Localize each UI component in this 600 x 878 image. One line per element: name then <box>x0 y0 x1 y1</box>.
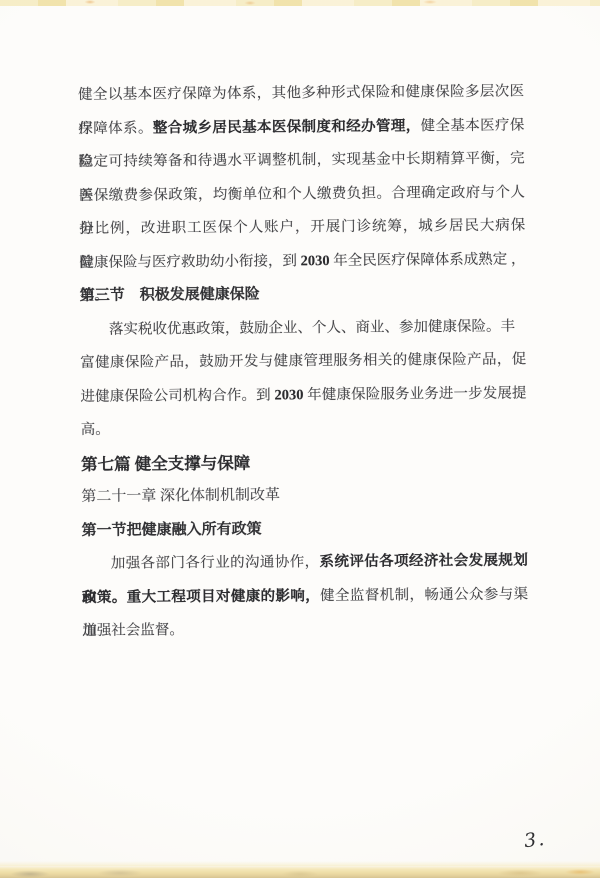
text-run: 健康保险与医疗救助幼小衔接，到 <box>79 253 300 271</box>
heading-section-3-line-1: 第三节 积极发展健康保险 <box>80 276 526 313</box>
paragraph-medical-insurance-line-5: 担比例，改进职工医保个人账户，开展门诊统筹，城乡居民大病保险， <box>79 209 525 246</box>
text-run: 进健康保险公司机构合作。到 <box>80 387 274 405</box>
paragraph-health-insurance-line-4: 高。 <box>81 410 527 447</box>
paragraph-policy-coordination-line-2: 政策。重大工程项目对健康的影响，健全监督机制，畅通公众参与渠道 <box>82 578 528 615</box>
page-number: 3. <box>523 828 548 853</box>
heading-chapter-21-line-1: 第二十一章 深化体制机制改革 <box>81 477 527 514</box>
text-run: 加强社会监督。 <box>82 622 184 639</box>
paragraph-medical-insurance-line-4: 医保缴费参保政策，均衡单位和个人缴费负担。合理确定政府与个人分 <box>79 176 525 213</box>
paragraph-policy-coordination-line-1: 加强各部门各行业的沟通协作，系统评估各项经济社会发展规划和 <box>82 544 528 581</box>
paragraph-policy-coordination-line-3: 加强社会监督。 <box>82 611 528 648</box>
paragraph-medical-insurance-line-6: 健康保险与医疗救助幼小衔接，到 2030 年全民医疗保障体系成熟定型。 <box>79 243 525 280</box>
text-run: 整合城乡居民基本医保制度和经办管理， <box>153 118 421 136</box>
text-run: 保障体系。 <box>78 120 153 137</box>
text-run: 高。 <box>81 422 110 438</box>
paragraph-medical-insurance-line-3: 稳定可持续筹备和待遇水平调整机制，实现基金中长期精算平衡，完善 <box>79 142 525 179</box>
paragraph-health-insurance-line-2: 富健康保险产品，鼓励开发与健康管理服务相关的健康保险产品，促 <box>80 343 526 380</box>
text-run: 2030 <box>274 387 303 403</box>
text-run: 富健康保险产品，鼓励开发与健康管理服务相关的健康保险产品，促 <box>80 351 526 371</box>
text-run: 落实税收优惠政策，鼓励企业、个人、商业、参加健康保险。丰 <box>109 318 515 337</box>
text-run: 政策。重大工程项目对健康的影响， <box>82 588 320 606</box>
text-run: 第一节把健康融入所有政策 <box>81 521 261 538</box>
paragraph-medical-insurance-line-2: 保障体系。整合城乡居民基本医保制度和经办管理，健全基本医疗保险 <box>78 109 524 146</box>
scanned-page: 健全以基本医疗保障为体系，其他多种形式保险和健康保险多层次医疗保障体系。整合城乡… <box>0 0 600 878</box>
paragraph-health-insurance-line-1: 落实税收优惠政策，鼓励企业、个人、商业、参加健康保险。丰 <box>80 310 526 347</box>
text-run: 年健康保险服务业务进一步发展提 <box>303 385 526 403</box>
text-run: 加强各部门各行业的沟通协作， <box>111 554 320 572</box>
text-run: 第二十一章 深化体制机制改革 <box>81 487 280 505</box>
scan-root: { "page": { "page_number": "3.", "paper_… <box>0 0 600 878</box>
text-run: 2030 <box>300 253 329 269</box>
heading-section-1-line-1: 第一节把健康融入所有政策 <box>81 511 527 548</box>
scan-edge-bottom <box>0 865 600 878</box>
text-run: 第三节 积极发展健康保险 <box>80 287 260 304</box>
document-body: 健全以基本医疗保障为体系，其他多种形式保险和健康保险多层次医疗保障体系。整合城乡… <box>78 75 528 648</box>
paragraph-health-insurance-line-3: 进健康保险公司机构合作。到 2030 年健康保险服务业务进一步发展提 <box>80 377 526 414</box>
paragraph-medical-insurance-line-1: 健全以基本医疗保障为体系，其他多种形式保险和健康保险多层次医疗 <box>78 75 524 112</box>
heading-part-7-line-1: 第七篇 健全支撑与保障 <box>81 444 527 481</box>
scan-edge-top <box>0 0 600 6</box>
text-run: 第七篇 健全支撑与保障 <box>81 453 250 473</box>
